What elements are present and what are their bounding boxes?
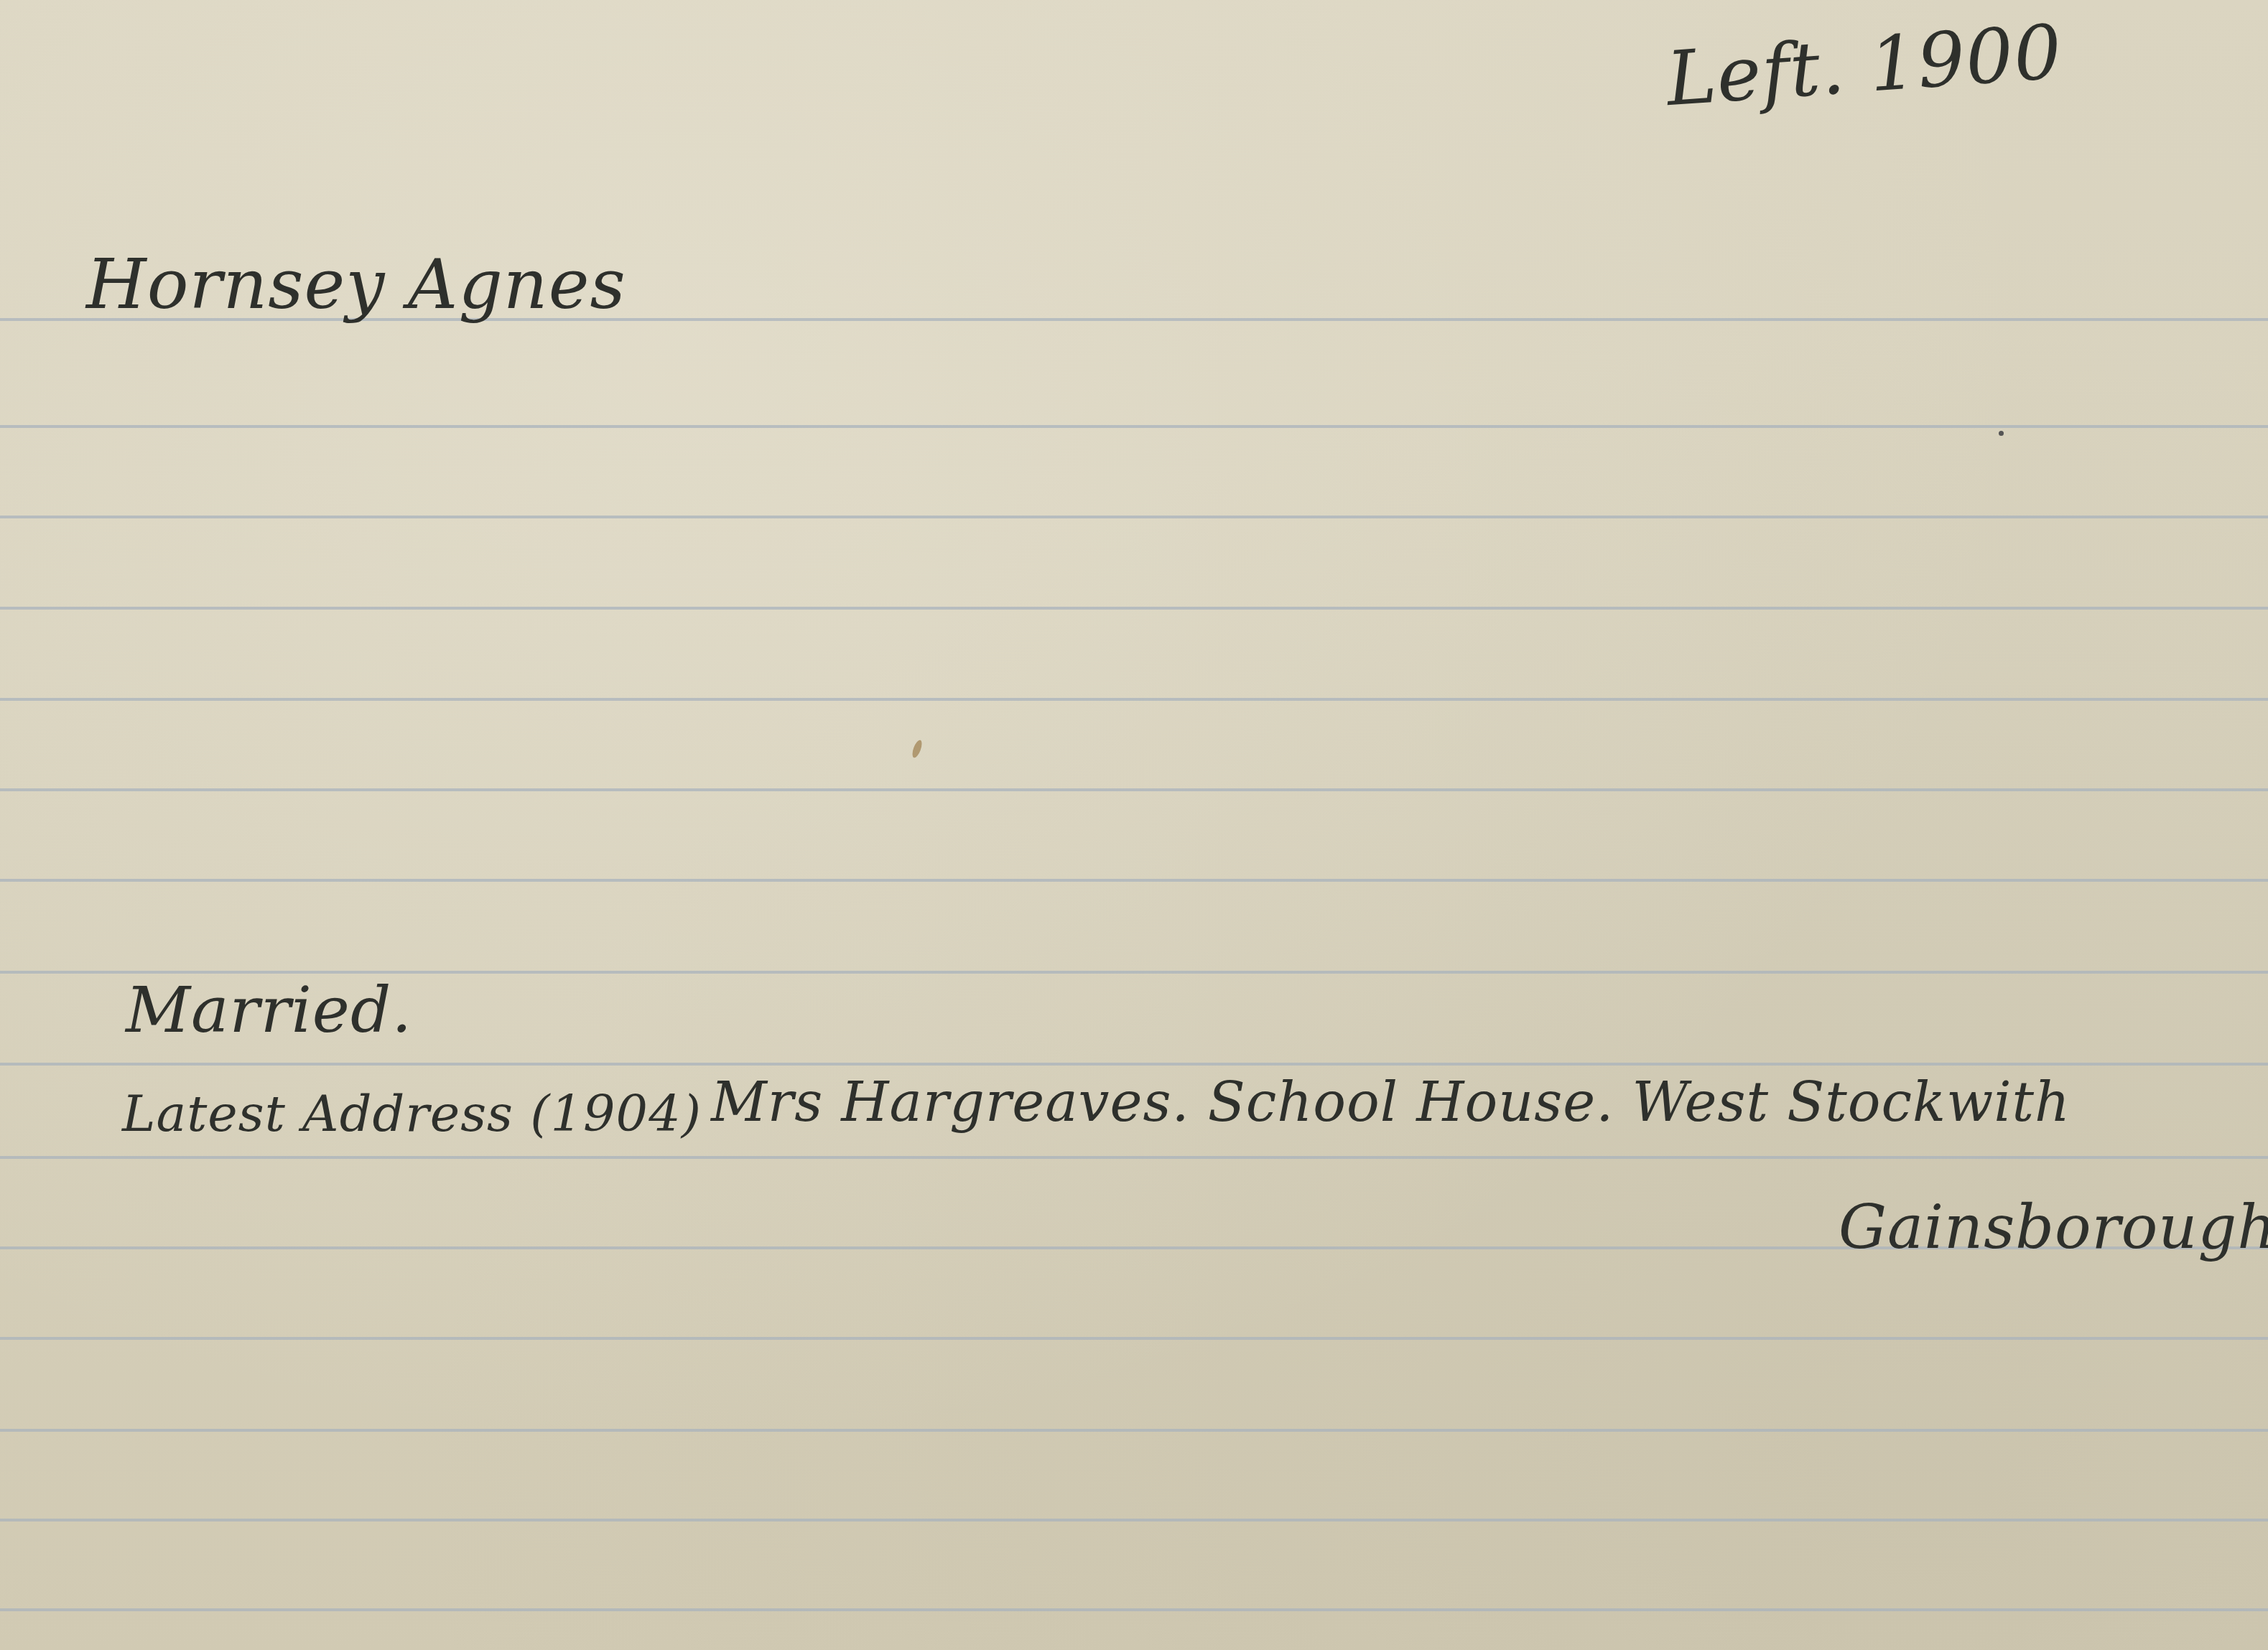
ruled-line: [0, 425, 2268, 428]
paper-stain: [911, 739, 924, 759]
paper-speck: [1999, 431, 2004, 436]
ruled-line: [0, 1337, 2268, 1340]
address-line-2: Gainsborough: [1839, 1192, 2268, 1262]
record-status: Married.: [126, 973, 412, 1047]
ruled-line: [0, 1608, 2268, 1611]
record-name: Hornsey Agnes: [86, 244, 626, 325]
ruled-line: [0, 698, 2268, 701]
ruled-paper-page: Left. 1900 Hornsey Agnes Married. Latest…: [0, 0, 2268, 1650]
header-note: Left. 1900: [1663, 8, 2065, 123]
ruled-line: [0, 516, 2268, 518]
ruled-line: [0, 1156, 2268, 1159]
ruled-line: [0, 788, 2268, 791]
ruled-line: [0, 1429, 2268, 1432]
ruled-line: [0, 607, 2268, 610]
ruled-line: [0, 879, 2268, 882]
address-line-1: Mrs Hargreaves. School House. West Stock…: [711, 1070, 2071, 1134]
address-label: Latest Address (1904): [122, 1084, 702, 1143]
ruled-line: [0, 1063, 2268, 1066]
ruled-line: [0, 1519, 2268, 1521]
